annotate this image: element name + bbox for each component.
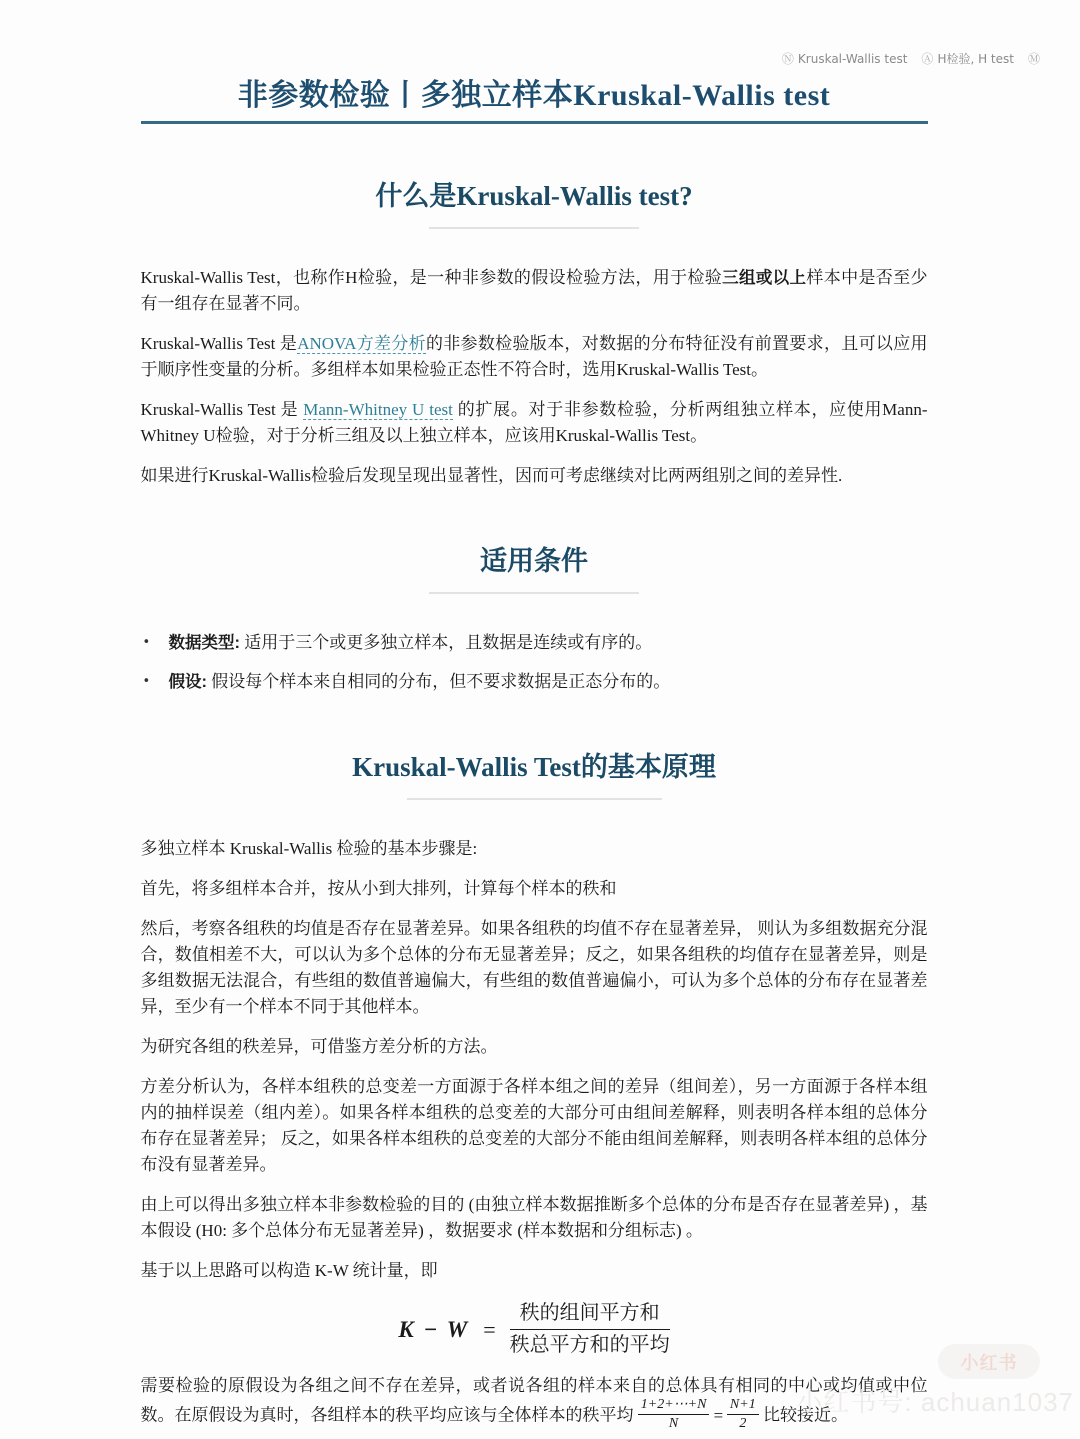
- paragraph: 由上可以得出多独立样本非参数检验的目的 (由独立样本数据推断多个总体的分布是否存…: [141, 1192, 928, 1244]
- anova-link[interactable]: ANOVA方差分析: [297, 334, 426, 354]
- list-item: • 数据类型: 适用于三个或更多独立样本，且数据是连续或有序的。: [141, 630, 928, 656]
- bullet-icon: •: [143, 630, 151, 656]
- fraction-numerator: 秩的组间平方和: [510, 1300, 670, 1330]
- xiaohongshu-id-watermark: 小红书号: achuan1037: [796, 1382, 1074, 1419]
- mann-whitney-link[interactable]: Mann-Whitney U test: [303, 400, 453, 420]
- xiaohongshu-badge: 小红书: [938, 1344, 1040, 1379]
- fraction-denominator: 秩总平方和的平均: [510, 1330, 670, 1359]
- equals-sign: =: [709, 1406, 726, 1425]
- formula-fraction: 秩的组间平方和 秩总平方和的平均: [510, 1300, 670, 1359]
- conditions-list: • 数据类型: 适用于三个或更多独立样本，且数据是连续或有序的。 • 假设: 假…: [141, 630, 928, 695]
- equals-sign: =: [483, 1317, 495, 1343]
- bold-text-run: 三组或以上: [722, 269, 806, 287]
- paragraph: 然后，考察各组秩的均值是否存在显著差异。如果各组秩的均值不存在显著差异， 则认为…: [141, 916, 928, 1020]
- paragraph: Kruskal-Wallis Test，也称作H检验，是一种非参数的假设检验方法…: [141, 265, 928, 317]
- bullet-icon: •: [143, 669, 151, 695]
- text-run: Kruskal-Wallis Test 是: [141, 334, 298, 353]
- document-page: Ⓝ Kruskal-Wallis test Ⓐ H检验, H test Ⓜ 非参…: [0, 0, 1080, 1439]
- heading-divider: [429, 592, 639, 594]
- paragraph: 首先，将多组样本合并，按从小到大排列，计算每个样本的秩和: [141, 876, 928, 902]
- term-label: 假设:: [169, 673, 208, 691]
- formula-lhs: K − W: [398, 1317, 469, 1343]
- paragraph: Kruskal-Wallis Test 是ANOVA方差分析的非参数检验版本，对…: [141, 331, 928, 383]
- fraction-numerator: N+1: [727, 1397, 759, 1415]
- paragraph: 为研究各组的秩差异，可借鉴方差分析的方法。: [141, 1034, 928, 1060]
- title-rule: [141, 121, 928, 124]
- inline-fraction: N+12: [727, 1397, 759, 1432]
- fraction-denominator: 2: [727, 1415, 759, 1432]
- term-label: 数据类型:: [169, 634, 241, 652]
- paragraph: 多独立样本 Kruskal-Wallis 检验的基本步骤是:: [141, 836, 928, 862]
- paragraph: 如果进行Kruskal-Wallis检验后发现呈现出显著性，因而可考虑继续对比两…: [141, 463, 928, 489]
- paragraph: 方差分析认为，各样本组秩的总变差一方面源于各样本组之间的差异（组间差），另一方面…: [141, 1074, 928, 1178]
- page-title: 非参数检验丨多独立样本Kruskal-Wallis test: [141, 0, 928, 114]
- inline-fraction: 1+2+⋯+NN: [638, 1397, 710, 1432]
- circled-m-icon: Ⓜ: [1028, 50, 1040, 67]
- section-heading-principle: Kruskal-Wallis Test的基本原理: [141, 745, 928, 784]
- heading-divider: [407, 798, 662, 800]
- text-run: 假设每个样本来自相同的分布，但不要求数据是正态分布的。: [207, 672, 670, 691]
- content-column: 非参数检验丨多独立样本Kruskal-Wallis test 什么是Kruska…: [141, 0, 928, 1434]
- fraction-numerator: 1+2+⋯+N: [638, 1397, 710, 1415]
- heading-divider: [429, 227, 639, 229]
- section-heading-what-is: 什么是Kruskal-Wallis test?: [141, 174, 928, 213]
- list-item: • 假设: 假设每个样本来自相同的分布，但不要求数据是正态分布的。: [141, 669, 928, 695]
- text-run: 适用于三个或更多独立样本，且数据是连续或有序的。: [240, 633, 652, 652]
- text-run: Kruskal-Wallis Test 是: [141, 400, 304, 419]
- fraction-denominator: N: [638, 1415, 710, 1432]
- kw-formula: K − W = 秩的组间平方和 秩总平方和的平均: [141, 1300, 928, 1359]
- meta-label: H检验, H test: [937, 50, 1014, 67]
- paragraph: 基于以上思路可以构造 K-W 统计量，即: [141, 1258, 928, 1284]
- text-run: Kruskal-Wallis Test，也称作H检验，是一种非参数的假设检验方法…: [141, 268, 723, 287]
- section-heading-conditions: 适用条件: [141, 539, 928, 578]
- meta-item-m: Ⓜ: [1028, 50, 1040, 67]
- paragraph: Kruskal-Wallis Test 是 Mann-Whitney U tes…: [141, 397, 928, 449]
- meta-item-alias: Ⓐ H检验, H test: [921, 50, 1014, 67]
